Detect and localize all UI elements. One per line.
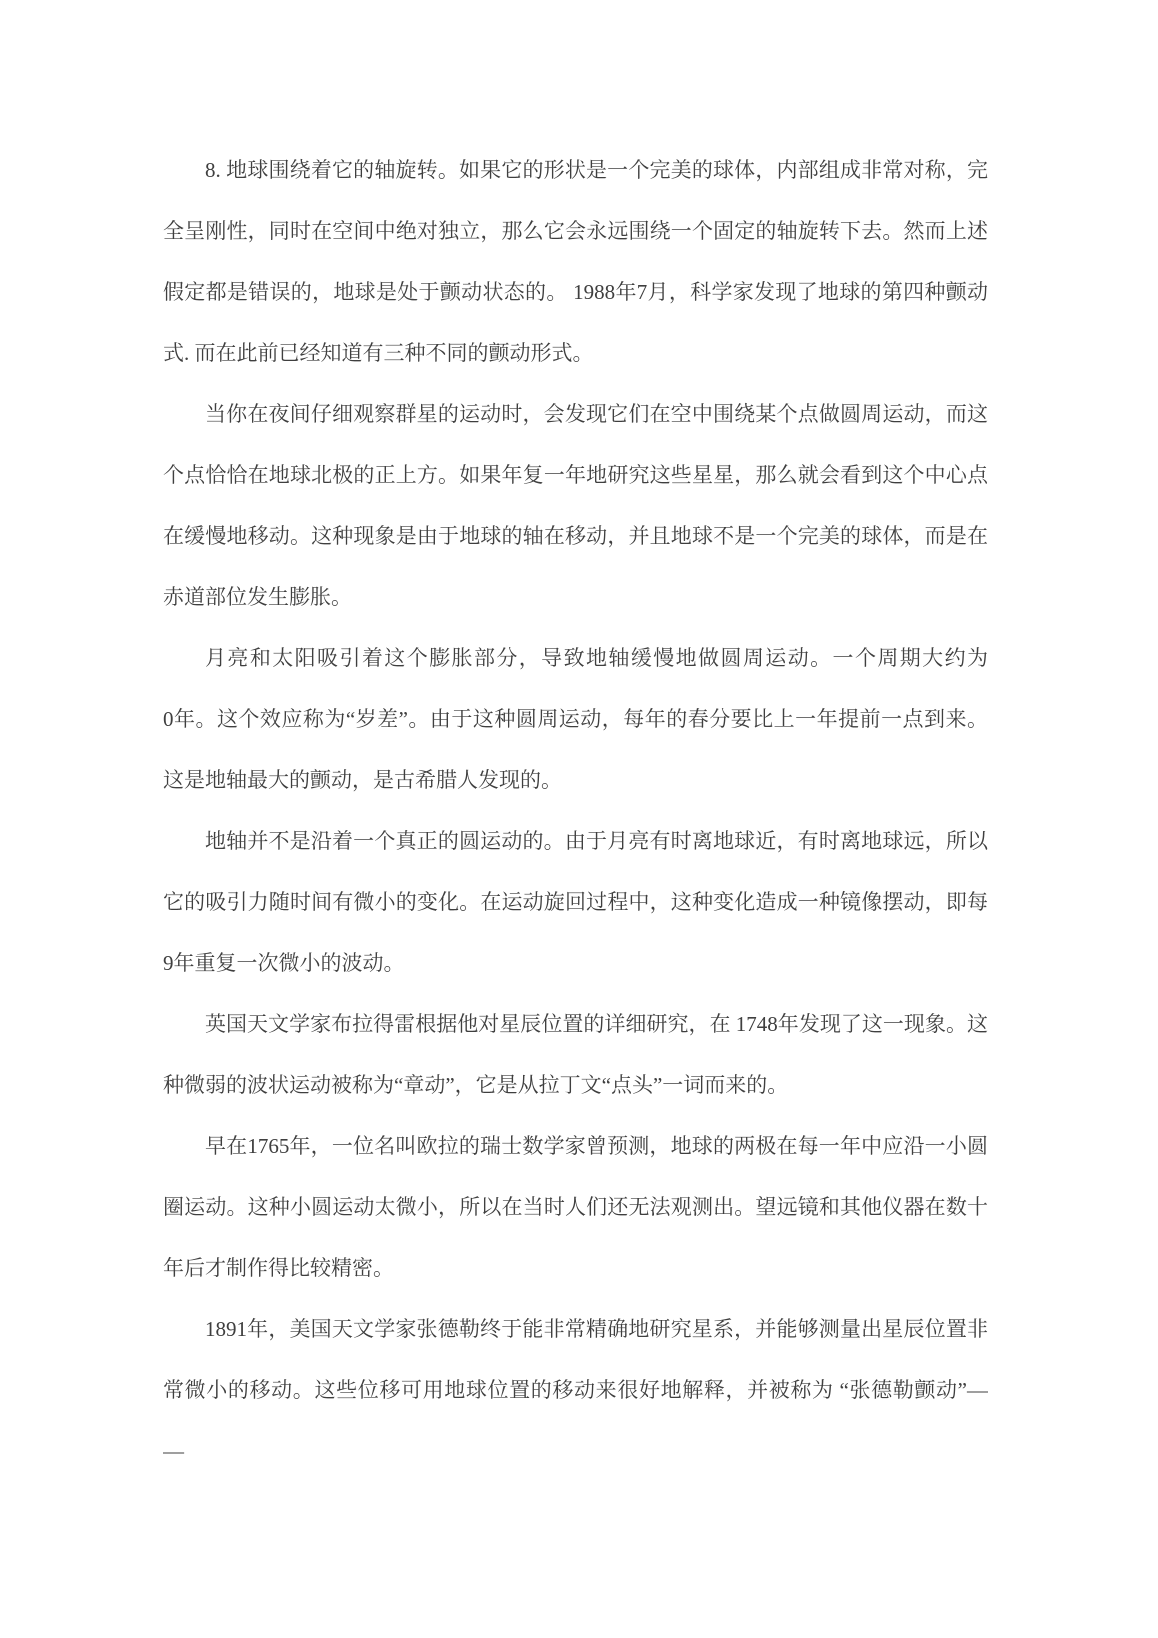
- text-line: 9年重复一次微小的波动。: [163, 933, 988, 994]
- paragraph: 1891年，美国天文学家张德勒终于能非常精确地研究星系，并能够测量出星辰位置非常…: [163, 1299, 988, 1482]
- text-line: 圈运动。这种小圆运动太微小，所以在当时人们还无法观测出。望远镜和其他仪器在数十: [163, 1177, 988, 1238]
- document-page: 8. 地球围绕着它的轴旋转。如果它的形状是一个完美的球体，内部组成非常对称，完全…: [0, 0, 1158, 1638]
- paragraph: 8. 地球围绕着它的轴旋转。如果它的形状是一个完美的球体，内部组成非常对称，完全…: [163, 140, 988, 384]
- paragraph: 英国天文学家布拉得雷根据他对星辰位置的详细研究，在 1748年发现了这一现象。这…: [163, 994, 988, 1116]
- text-line: 月亮和太阳吸引着这个膨胀部分，导致地轴缓慢地做圆周运动。一个周期大约为 2600: [163, 628, 988, 689]
- text-line: 常微小的移动。这些位移可用地球位置的移动来很好地解释，并被称为 “张德勒颤动”—: [163, 1360, 988, 1421]
- text-line: 它的吸引力随时间有微小的变化。在运动旋回过程中，这种变化造成一种镜像摆动，即每 …: [163, 872, 988, 933]
- text-line: 早在1765年，一位名叫欧拉的瑞士数学家曾预测，地球的两极在每一年中应沿一小圆: [163, 1116, 988, 1177]
- text-line: 个点恰恰在地球北极的正上方。如果年复一年地研究这些星星，那么就会看到这个中心点: [163, 445, 988, 506]
- text-line: 英国天文学家布拉得雷根据他对星辰位置的详细研究，在 1748年发现了这一现象。这: [163, 994, 988, 1055]
- text-block: 8. 地球围绕着它的轴旋转。如果它的形状是一个完美的球体，内部组成非常对称，完全…: [163, 140, 988, 1482]
- text-line: 1891年，美国天文学家张德勒终于能非常精确地研究星系，并能够测量出星辰位置非: [163, 1299, 988, 1360]
- text-line: 年后才制作得比较精密。: [163, 1238, 988, 1299]
- paragraph: 地轴并不是沿着一个真正的圆运动的。由于月亮有时离地球近，有时离地球远，所以它的吸…: [163, 811, 988, 994]
- paragraph: 早在1765年，一位名叫欧拉的瑞士数学家曾预测，地球的两极在每一年中应沿一小圆圈…: [163, 1116, 988, 1299]
- text-line: 这是地轴最大的颤动，是古希腊人发现的。: [163, 750, 988, 811]
- text-line: 地轴并不是沿着一个真正的圆运动的。由于月亮有时离地球近，有时离地球远，所以: [163, 811, 988, 872]
- text-line: 假定都是错误的，地球是处于颤动状态的。 1988年7月，科学家发现了地球的第四种…: [163, 262, 988, 323]
- paragraph: 月亮和太阳吸引着这个膨胀部分，导致地轴缓慢地做圆周运动。一个周期大约为 2600…: [163, 628, 988, 811]
- paragraph: 当你在夜间仔细观察群星的运动时，会发现它们在空中围绕某个点做圆周运动，而这个点恰…: [163, 384, 988, 628]
- text-line: 0年。这个效应称为“岁差”。由于这种圆周运动，每年的春分要比上一年提前一点到来。: [163, 689, 988, 750]
- text-line: 赤道部位发生膨胀。: [163, 567, 988, 628]
- text-line: 8. 地球围绕着它的轴旋转。如果它的形状是一个完美的球体，内部组成非常对称，完: [163, 140, 988, 201]
- text-line: 当你在夜间仔细观察群星的运动时，会发现它们在空中围绕某个点做圆周运动，而这: [163, 384, 988, 445]
- text-line: —: [163, 1421, 988, 1482]
- text-line: 全呈刚性，同时在空间中绝对独立，那么它会永远围绕一个固定的轴旋转下去。然而上述: [163, 201, 988, 262]
- text-line: 式. 而在此前已经知道有三种不同的颤动形式。: [163, 323, 988, 384]
- text-line: 在缓慢地移动。这种现象是由于地球的轴在移动，并且地球不是一个完美的球体，而是在: [163, 506, 988, 567]
- text-line: 种微弱的波状运动被称为“章动”，它是从拉丁文“点头”一词而来的。: [163, 1055, 988, 1116]
